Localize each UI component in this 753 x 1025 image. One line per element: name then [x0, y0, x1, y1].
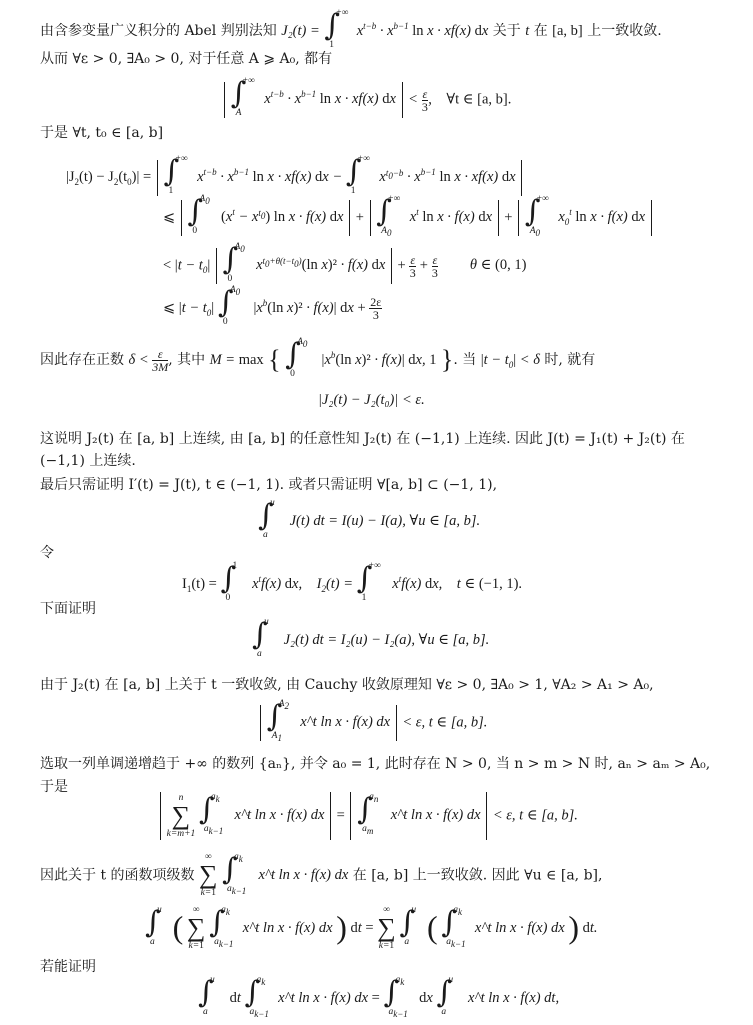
equation-integral-J: ∫ua J(t) dt = I(u) − I(a), ∀u ∈ [a, b].	[258, 505, 480, 535]
paragraph-continuity-conclusion-1: 这说明 J₂(t) 在 [a, b] 上连续, 由 [a, b] 的任意性知 J…	[40, 432, 685, 446]
paragraph-need-prove: 最后只需证明 I′(t) = J(t), t ∈ (−1, 1). 或者只需证明…	[40, 478, 497, 492]
document-page: 由含参变量广义积分的 Abel 判别法知 J₂(t) = ∫+∞1 xt−b ·…	[0, 0, 753, 1025]
equation-aligned-line-1: |J2(t) − J2(t0)| = ∫+∞1 xt−b · xb−1 ln x…	[66, 160, 524, 196]
paragraph-continuity-conclusion-2: (−1,1) 上连续.	[40, 454, 136, 468]
equation-cauchy-bound: ∫A2A1 x^t ln x · f(x) dx < ε, t ∈ [a, b]…	[258, 705, 487, 741]
math-t: t	[525, 23, 529, 39]
paragraph-delta-choice: 因此存在正数 δ < ε3M, 其中 M = max { ∫A00 |xb(ln…	[40, 344, 595, 374]
text-then: 时, 就有	[544, 352, 595, 368]
paragraph-abel-test: 由含参变量广义积分的 Abel 判别法知 J₂(t) = ∫+∞1 xt−b ·…	[40, 15, 662, 45]
equation-aligned-line-2: ⩽ ∫A00 (xt − xt0) ln x · f(x) dx + ∫+∞A0…	[163, 200, 654, 236]
paragraph-for-all-t: 于是 ∀t, t₀ ∈ [a, b]	[40, 126, 163, 140]
equation-aligned-line-3: < |t − t0| ∫A00 xt0+θ(t−t0)(ln x)² · f(x…	[163, 248, 526, 284]
paragraph-series-uniform: 因此关于 t 的函数项级数 ∞∑k=1 ∫akak−1 x^t ln x · f…	[40, 852, 602, 899]
paragraph-cauchy: 由于 J₂(t) 在 [a, b] 上关于 t 一致收敛, 由 Cauchy 收…	[40, 678, 654, 692]
paragraph-sequence-a1: 选取一列单调递增趋于 +∞ 的数列 {aₙ}, 并令 a₀ = 1, 此时存在 …	[40, 757, 710, 771]
integral-sign: ∫+∞1	[324, 15, 342, 45]
equation-continuity: |J₂(t) − J₂(t₀)| < ε.	[318, 393, 425, 408]
paragraph-prove-below: 下面证明	[40, 602, 96, 616]
paragraph-if-can-prove: 若能证明	[40, 960, 96, 974]
text-when: . 当	[453, 352, 476, 368]
text-exists-positive: 因此存在正数	[40, 352, 124, 368]
equation-tail-bound: ∫+∞A xt−b · xb−1 ln x · xf(x) dx < ε3, ∀…	[222, 82, 511, 118]
text-series-intro: 因此关于 t 的函数项级数	[40, 867, 195, 883]
equation-aligned-line-4: ⩽ |t − t0| ∫A00 |xb(ln x)² · f(x)| dx + …	[163, 292, 382, 322]
equation-fubini: ∫ua dt ∫akak−1 x^t ln x · f(x) dx = ∫aka…	[198, 982, 559, 1012]
text-series-conclusion: 在 [a, b] 上一致收敛. 因此 ∀u ∈ [a, b],	[353, 867, 603, 883]
paragraph-epsilon: 从而 ∀ε > 0, ∃A₀ > 0, 对于任意 A ⩾ A₀, 都有	[40, 52, 332, 66]
text-in: 在	[534, 23, 548, 39]
equation-integral-J2: ∫ua J₂(t) dt = I₂(u) − I₂(a), ∀u ∈ [a, b…	[252, 624, 489, 654]
text-where: , 其中	[168, 352, 205, 368]
math-integrand: xt−b · xb−1 ln x · xf(x) dx	[357, 23, 489, 39]
text-abel-intro: 由含参变量广义积分的 Abel 判别法知	[40, 23, 277, 39]
math-J2t: J₂(t) =	[281, 23, 320, 39]
text-about: 关于	[493, 23, 521, 39]
equation-I1-I2-definition: I1(t) = ∫10 xtf(x) dx, I2(t) = ∫+∞1 xtf(…	[182, 568, 522, 598]
equation-interchange-sum-integral: ∫ua ( ∞∑k=1 ∫akak−1 x^t ln x · f(x) dx )…	[145, 905, 598, 952]
math-interval: [a, b]	[552, 23, 583, 39]
equation-partial-sum: n∑k=m+1 ∫akak−1 x^t ln x · f(x) dx = ∫an…	[158, 792, 578, 840]
paragraph-sequence-a2: 于是	[40, 780, 68, 794]
paragraph-let: 令	[40, 546, 54, 560]
text-uniform-converge: 上一致收敛.	[587, 23, 661, 39]
